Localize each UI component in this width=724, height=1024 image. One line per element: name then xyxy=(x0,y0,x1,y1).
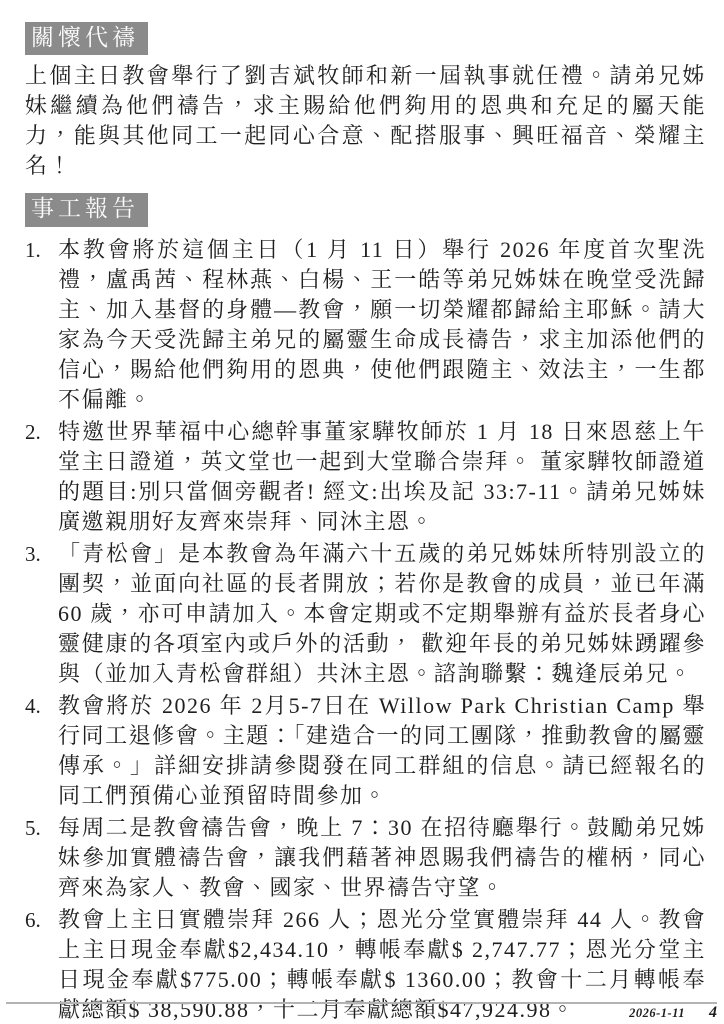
list-item-text: 教會上主日實體崇拜 266 人；恩光分堂實體崇拜 44 人。教會上主日現金奉獻$… xyxy=(58,905,706,1024)
page-footer: 2026-1-11 4 xyxy=(629,1004,717,1022)
section-heading-care-prayer: 關懷代禱 xyxy=(25,22,148,55)
list-item-text: 教會將於 2026 年 2月5-7日在 Willow Park Christia… xyxy=(58,691,706,811)
care-prayer-paragraph: 上個主日教會舉行了劉吉斌牧師和新一屆執事就任禮。請弟兄姊妹繼續為他們禱告，求主賜… xyxy=(25,61,706,181)
footer-page-number: 4 xyxy=(709,1004,717,1021)
list-item-2: 2. 特邀世界華福中心總幹事董家驊牧師於 1 月 18 日來恩慈上午堂主日證道，… xyxy=(25,417,706,537)
footer-date: 2026-1-11 xyxy=(629,1006,685,1020)
footer-divider xyxy=(6,1002,717,1004)
list-item-number: 6. xyxy=(25,905,58,935)
list-item-3: 3. 「青松會」是本教會為年滿六十五歲的弟兄姊妹所特別設立的團契，並面向社區的長… xyxy=(25,539,706,689)
document-page: 關懷代禱 上個主日教會舉行了劉吉斌牧師和新一屆執事就任禮。請弟兄姊妹繼續為他們禱… xyxy=(0,0,724,1024)
list-item-number: 1. xyxy=(25,235,58,265)
page-content: 關懷代禱 上個主日教會舉行了劉吉斌牧師和新一屆執事就任禮。請弟兄姊妹繼續為他們禱… xyxy=(25,22,706,1024)
list-item-number: 2. xyxy=(25,417,58,447)
list-item-text: 每周二是教會禱告會，晚上 7：30 在招待廳舉行。鼓勵弟兄姊妹參加實體禱告會，讓… xyxy=(58,813,706,903)
ministry-report-list: 1. 本教會將於這個主日（1 月 11 日）舉行 2026 年度首次聖洗禮，盧禹… xyxy=(25,235,706,1024)
list-item-5: 5. 每周二是教會禱告會，晚上 7：30 在招待廳舉行。鼓勵弟兄姊妹參加實體禱告… xyxy=(25,813,706,903)
list-item-text: 本教會將於這個主日（1 月 11 日）舉行 2026 年度首次聖洗禮，盧禹茜、程… xyxy=(58,235,706,415)
list-item-text: 特邀世界華福中心總幹事董家驊牧師於 1 月 18 日來恩慈上午堂主日證道，英文堂… xyxy=(58,417,706,537)
list-item-number: 5. xyxy=(25,813,58,843)
list-item-6: 6. 教會上主日實體崇拜 266 人；恩光分堂實體崇拜 44 人。教會上主日現金… xyxy=(25,905,706,1024)
list-item-text: 「青松會」是本教會為年滿六十五歲的弟兄姊妹所特別設立的團契，並面向社區的長者開放… xyxy=(58,539,706,689)
list-item-number: 3. xyxy=(25,539,58,569)
list-item-number: 4. xyxy=(25,691,58,721)
list-item-4: 4. 教會將於 2026 年 2月5-7日在 Willow Park Chris… xyxy=(25,691,706,811)
section-heading-ministry-report: 事工報告 xyxy=(25,193,148,226)
list-item-1: 1. 本教會將於這個主日（1 月 11 日）舉行 2026 年度首次聖洗禮，盧禹… xyxy=(25,235,706,415)
